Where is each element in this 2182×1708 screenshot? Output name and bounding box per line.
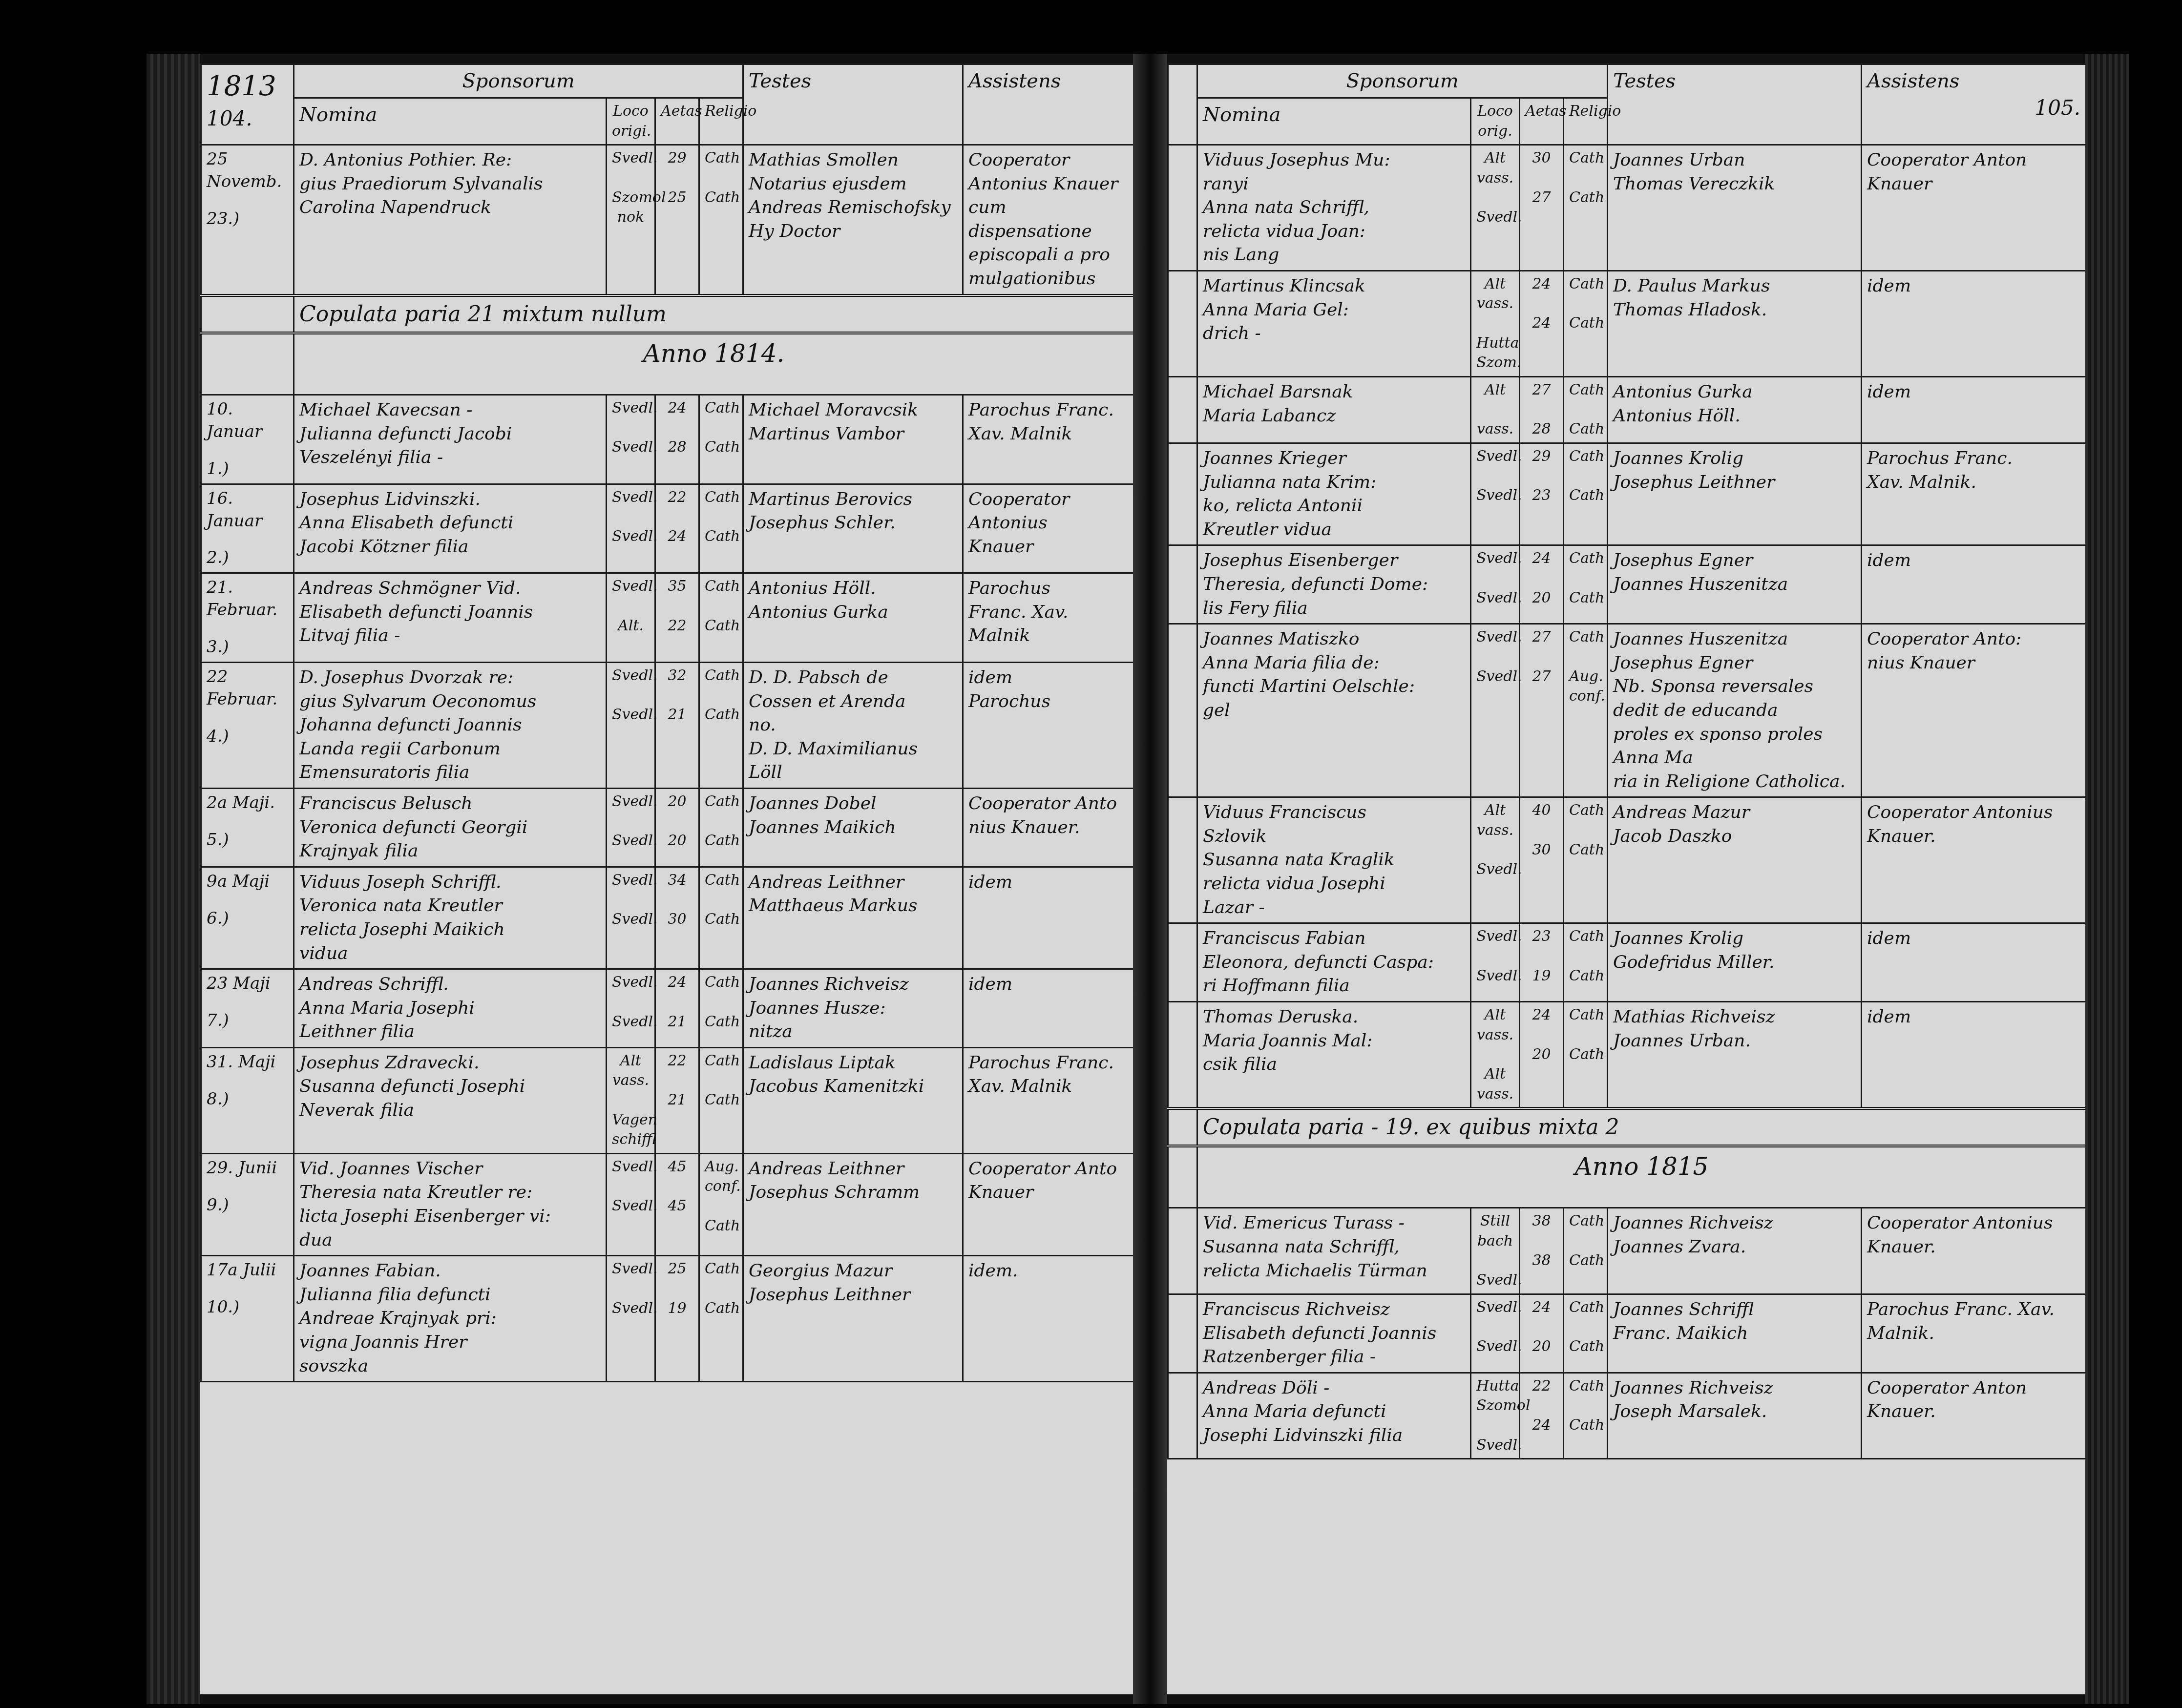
names-line: Emensuratoris filia bbox=[299, 761, 601, 785]
aetas-line: 24 bbox=[661, 973, 693, 993]
year-heading-row: Anno 1814. bbox=[201, 333, 1134, 395]
aetas-line: 22 bbox=[661, 616, 693, 636]
right-entries: Viduus Josephus Mu:ranyiAnna nata Schrif… bbox=[1168, 145, 2086, 1459]
aetas-cell: 2319 bbox=[1520, 923, 1564, 1002]
names-line: D. Antonius Pothier. Re: bbox=[299, 148, 601, 172]
register-entry-row: Andreas Döli -Anna Maria defunctiJosephi… bbox=[1168, 1373, 2086, 1459]
loco-line: Alt vass. bbox=[1476, 801, 1514, 840]
names-cell: Josephus Zdravecki.Susanna defuncti Jose… bbox=[294, 1047, 607, 1153]
testes-line: Michael Moravcsik bbox=[749, 398, 957, 422]
entry-number: 23.) bbox=[207, 208, 288, 230]
loco-cell: Alt vass.Svedl. bbox=[1471, 145, 1520, 271]
assistens-line: idem. bbox=[968, 1259, 1128, 1283]
assistens-line: idem bbox=[1867, 549, 2080, 573]
testes-line: Joannes Huszenitza bbox=[1613, 573, 1856, 597]
aetas-line: 20 bbox=[1525, 1045, 1558, 1065]
assistens-line: Xav. Malnik bbox=[968, 422, 1128, 446]
testes-header: Testes bbox=[1608, 64, 1862, 145]
aetas-line: 24 bbox=[1525, 1416, 1558, 1436]
names-line: Ratzenberger filia - bbox=[1203, 1345, 1465, 1369]
loco-line: Svedl. bbox=[1476, 1337, 1514, 1357]
loco-cell: Svedl.Svedl. bbox=[607, 969, 655, 1048]
loco-line: Svedl. bbox=[612, 1299, 650, 1319]
testes-line: Antonius Gurka bbox=[1613, 380, 1856, 404]
testes-line: Georgius Mazur bbox=[749, 1259, 957, 1283]
aetas-line: 20 bbox=[661, 792, 693, 812]
entry-date: 16. Januar bbox=[207, 488, 288, 533]
aetas-line: 30 bbox=[661, 910, 693, 930]
testes-line: D. D. Pabsch de bbox=[749, 666, 957, 690]
assistens-cell: Cooperator AntoKnauer bbox=[963, 1153, 1134, 1255]
aetas-line: 24 bbox=[661, 398, 693, 418]
assistens-line: idem bbox=[968, 973, 1128, 997]
testes-line: Joannes Richveisz bbox=[1613, 1376, 1856, 1400]
assistens-line: idem bbox=[1867, 274, 2080, 298]
date-cell bbox=[1168, 1294, 1197, 1373]
date-cell bbox=[1168, 923, 1197, 1002]
register-entry-row: 10. Januar1.)Michael Kavecsan -Julianna … bbox=[201, 395, 1134, 484]
date-cell: 29. Junii9.) bbox=[201, 1153, 294, 1255]
register-entry-row: 25 Novemb.23.)D. Antonius Pothier. Re:gi… bbox=[201, 145, 1134, 295]
loco-line: Svedl. bbox=[612, 792, 650, 812]
religio-cell: CathCath bbox=[1564, 797, 1608, 923]
testes-line: Josephus Schler. bbox=[749, 511, 957, 535]
names-line: gius Sylvarum Oeconomus bbox=[299, 690, 601, 714]
testes-cell: Joannes RichveiszJoannes Husze:nitza bbox=[743, 969, 963, 1048]
aetas-line: 25 bbox=[661, 1259, 693, 1279]
names-line: Anna Maria defuncti bbox=[1203, 1400, 1465, 1424]
right-register-table: Sponsorum Testes Assistens 105. Nomina L… bbox=[1167, 63, 2085, 1459]
aetas-line: 24 bbox=[1525, 1298, 1558, 1318]
assistens-cell: idem bbox=[963, 969, 1134, 1048]
names-line: Maria Labancz bbox=[1203, 404, 1465, 428]
names-line: Litvaj filia - bbox=[299, 624, 601, 648]
religio-line: Cath bbox=[1569, 1211, 1602, 1231]
assistens-line: Knauer. bbox=[1867, 1235, 2080, 1259]
religio-cell: CathCath bbox=[1564, 145, 1608, 271]
names-cell: Andreas Schmögner Vid.Elisabeth defuncti… bbox=[294, 573, 607, 663]
date-cell bbox=[1168, 271, 1197, 376]
names-line: Andreas Schriffl. bbox=[299, 973, 601, 997]
names-line: gius Praediorum Sylvanalis bbox=[299, 172, 601, 196]
religio-line: Cath bbox=[705, 437, 737, 458]
names-line: relicta Michaelis Türman bbox=[1203, 1259, 1465, 1283]
testes-line: Joannes Krolig bbox=[1613, 447, 1856, 471]
assistens-line: Antonius bbox=[968, 511, 1128, 535]
aetas-line: 20 bbox=[661, 831, 693, 851]
testes-line: Thomas Hladosk. bbox=[1613, 298, 1856, 322]
religio-line: Cath bbox=[1569, 380, 1602, 400]
testes-line: Joannes Huszenitza bbox=[1613, 627, 1856, 651]
aetas-line: 20 bbox=[1525, 1337, 1558, 1357]
register-entry-row: Josephus EisenbergerTheresia, defuncti D… bbox=[1168, 545, 2086, 624]
loco-line: Svedl. bbox=[612, 148, 650, 168]
loco-line: Svedl. bbox=[612, 666, 650, 686]
date-cell bbox=[1168, 443, 1197, 545]
aetas-line: 22 bbox=[661, 1051, 693, 1071]
loco-line: Svedl. bbox=[1476, 1271, 1514, 1291]
left-register-table: 1813 104. Sponsorum Testes Assistens Nom… bbox=[200, 63, 1134, 1382]
names-line: Anna nata Schriffl, bbox=[1203, 196, 1465, 220]
loco-line: Svedl. bbox=[1476, 1298, 1514, 1318]
names-line: Theresia nata Kreutler re: bbox=[299, 1181, 601, 1205]
names-line: Michael Kavecsan - bbox=[299, 398, 601, 422]
testes-line: no. bbox=[749, 713, 957, 737]
names-line: Franciscus Richveisz bbox=[1203, 1298, 1465, 1322]
register-entry-row: 2a Maji.5.)Franciscus BeluschVeronica de… bbox=[201, 788, 1134, 867]
aetas-line: 24 bbox=[1525, 274, 1558, 294]
book-binding-edge bbox=[147, 54, 200, 1704]
aetas-line: 27 bbox=[1525, 380, 1558, 400]
nomina-header: Nomina bbox=[1197, 98, 1471, 145]
sponsorum-header: Sponsorum bbox=[1197, 64, 1608, 98]
loco-cell: Svedl.Svedl. bbox=[607, 395, 655, 484]
religio-line: Cath bbox=[705, 616, 737, 636]
names-cell: Michael BarsnakMaria Labancz bbox=[1197, 376, 1471, 443]
aetas-line: 40 bbox=[1525, 801, 1558, 821]
register-entry-row: Thomas Deruska.Maria Joannis Mal:csik fi… bbox=[1168, 1002, 2086, 1109]
names-line: Neverak filia bbox=[299, 1099, 601, 1123]
aetas-cell: 4545 bbox=[655, 1153, 699, 1255]
year-heading: Anno 1815 bbox=[1197, 1146, 2086, 1208]
assistens-line: Knauer bbox=[968, 535, 1128, 559]
date-cell: 2a Maji.5.) bbox=[201, 788, 294, 867]
religio-cell: CathCath bbox=[1564, 1294, 1608, 1373]
testes-line: Andreas Leithner bbox=[749, 871, 957, 895]
loco-line: Svedl. bbox=[1476, 447, 1514, 467]
aetas-line: 35 bbox=[661, 577, 693, 597]
testes-line: Nb. Sponsa reversales dedit de educanda bbox=[1613, 675, 1856, 722]
names-line: Krajnyak filia bbox=[299, 839, 601, 863]
loco-line: Svedl. bbox=[612, 398, 650, 418]
left-page: 1813 104. Sponsorum Testes Assistens Nom… bbox=[200, 63, 1136, 1694]
names-line: Veszelényi filia - bbox=[299, 446, 601, 470]
entry-date: 2a Maji. bbox=[207, 792, 288, 814]
names-line: Carolina Napendruck bbox=[299, 196, 601, 220]
assistens-line: idem bbox=[1867, 380, 2080, 404]
aetas-line: 21 bbox=[661, 1012, 693, 1032]
testes-line: Martinus Vambor bbox=[749, 422, 957, 446]
religio-line: Cath bbox=[1569, 1251, 1602, 1271]
aetas-line: 22 bbox=[661, 488, 693, 508]
assistens-line: Cooperator Anton bbox=[1867, 1376, 2080, 1400]
testes-cell: Antonius Höll.Antonius Gurka bbox=[743, 573, 963, 663]
testes-cell: Joannes HuszenitzaJosephus EgnerNb. Spon… bbox=[1608, 624, 1862, 797]
entry-date: 22 Februar. bbox=[207, 666, 288, 711]
aetas-line: 19 bbox=[661, 1299, 693, 1319]
aetas-line: 27 bbox=[1525, 627, 1558, 647]
religio-cell: CathCath bbox=[699, 145, 743, 295]
summary-row: Copulata paria - 19. ex quibus mixta 2 bbox=[1168, 1108, 2086, 1146]
aetas-line: 29 bbox=[661, 148, 693, 168]
loco-line: Svedl. bbox=[612, 527, 650, 547]
names-line: Julianna filia defuncti bbox=[299, 1283, 601, 1307]
entry-number: 2.) bbox=[207, 547, 288, 569]
date-cell bbox=[1168, 1208, 1197, 1294]
testes-line: Jacobus Kamenitzki bbox=[749, 1075, 957, 1099]
loco-cell: Svedl.Svedl. bbox=[1471, 624, 1520, 797]
names-line: Josephus Zdravecki. bbox=[299, 1051, 601, 1075]
assistens-line: Knauer bbox=[968, 1181, 1128, 1205]
testes-cell: Ladislaus LiptakJacobus Kamenitzki bbox=[743, 1047, 963, 1153]
aetas-cell: 2420 bbox=[1520, 1294, 1564, 1373]
date-cell: 9a Maji6.) bbox=[201, 867, 294, 969]
testes-line: Andreas Leithner bbox=[749, 1157, 957, 1181]
aetas-cell: 4030 bbox=[1520, 797, 1564, 923]
entry-date: 25 Novemb. bbox=[207, 148, 288, 193]
loco-line: Svedl. bbox=[612, 1259, 650, 1279]
assistens-line: Cooperator Antonius bbox=[1867, 801, 2080, 825]
names-line: Anna Maria Josephi bbox=[299, 997, 601, 1021]
assistens-cell: Cooperator AntonKnauer. bbox=[1862, 1373, 2085, 1459]
testes-line: D. Paulus Markus bbox=[1613, 274, 1856, 298]
religio-line: Cath bbox=[1569, 1376, 1602, 1396]
date-cell: 16. Januar2.) bbox=[201, 484, 294, 573]
aetas-cell: 3027 bbox=[1520, 145, 1564, 271]
names-line: Eleonora, defuncti Caspa: bbox=[1203, 951, 1465, 975]
aetas-line: 34 bbox=[661, 871, 693, 891]
testes-line: Andreas Remischofsky bbox=[749, 196, 957, 220]
entry-number: 8.) bbox=[207, 1088, 288, 1111]
testes-line: Josephus Leithner bbox=[749, 1283, 957, 1307]
aetas-line: 19 bbox=[1525, 966, 1558, 986]
religio-cell: CathCath bbox=[699, 969, 743, 1048]
names-line: ko, relicta Antonii bbox=[1203, 494, 1465, 518]
assistens-line: cum dispensatione bbox=[968, 196, 1128, 243]
aetas-cell: 2421 bbox=[655, 969, 699, 1048]
date-cell: 17a Julii10.) bbox=[201, 1256, 294, 1382]
religio-line: Cath bbox=[1569, 188, 1602, 208]
loco-header: Loco orig. bbox=[1471, 98, 1520, 145]
testes-header: Testes bbox=[743, 64, 963, 145]
loco-cell: Svedl.Svedl. bbox=[607, 484, 655, 573]
names-cell: Josephus Lidvinszki.Anna Elisabeth defun… bbox=[294, 484, 607, 573]
aetas-line: 22 bbox=[1525, 1376, 1558, 1396]
assistens-line: Cooperator bbox=[968, 488, 1128, 512]
loco-line: Alt vass. bbox=[612, 1051, 650, 1091]
names-cell: Andreas Schriffl.Anna Maria JosephiLeith… bbox=[294, 969, 607, 1048]
loco-cell: Svedl.Svedl. bbox=[607, 788, 655, 867]
religio-cell: CathCath bbox=[1564, 923, 1608, 1002]
testes-line: proles ex sponso proles Anna Ma bbox=[1613, 723, 1856, 770]
assistens-line: idem bbox=[968, 871, 1128, 895]
year-page-cell: 1813 104. bbox=[201, 64, 294, 145]
aetas-line: 45 bbox=[661, 1196, 693, 1216]
margin-cell bbox=[1168, 64, 1197, 145]
loco-cell: Alt vass.Svedl. bbox=[1471, 797, 1520, 923]
assistens-cell: Parochus Franc.Xav. Malnik bbox=[963, 1047, 1134, 1153]
testes-line: Josephus Schramm bbox=[749, 1181, 957, 1205]
religio-cell: CathCath bbox=[699, 662, 743, 788]
religio-line: Cath bbox=[705, 705, 737, 725]
entry-date: 23 Maji bbox=[207, 973, 288, 995]
testes-cell: Andreas LeithnerMatthaeus Markus bbox=[743, 867, 963, 969]
assistens-line: Cooperator bbox=[968, 148, 1128, 172]
religio-line: Cath bbox=[705, 1051, 737, 1071]
names-line: vidua bbox=[299, 942, 601, 966]
names-line: nis Lang bbox=[1203, 243, 1465, 267]
loco-cell: Svedl.Svedl. bbox=[1471, 443, 1520, 545]
testes-line: Antonius Höll. bbox=[1613, 404, 1856, 428]
religio-line: Aug. conf. bbox=[705, 1157, 737, 1197]
loco-line: Alt vass. bbox=[1476, 274, 1514, 314]
names-line: Landa regii Carbonum bbox=[299, 737, 601, 761]
aetas-cell: 2428 bbox=[655, 395, 699, 484]
names-line: Josephus Lidvinszki. bbox=[299, 488, 601, 512]
testes-cell: Mathias SmollenNotarius ejusdemAndreas R… bbox=[743, 145, 963, 295]
religio-line: Cath bbox=[705, 1012, 737, 1032]
aetas-line: 23 bbox=[1525, 927, 1558, 947]
names-cell: Viduus Josephus Mu:ranyiAnna nata Schrif… bbox=[1197, 145, 1471, 271]
religio-line: Cath bbox=[1569, 313, 1602, 333]
register-entry-row: 9a Maji6.)Viduus Joseph Schriffl.Veronic… bbox=[201, 867, 1134, 969]
names-line: Joannes Matiszko bbox=[1203, 627, 1465, 651]
religio-line: Cath bbox=[1569, 419, 1602, 439]
testes-cell: Martinus BerovicsJosephus Schler. bbox=[743, 484, 963, 573]
aetas-cell: 2420 bbox=[1520, 545, 1564, 624]
testes-line: D. D. Maximilianus bbox=[749, 737, 957, 761]
assistens-line: idem bbox=[968, 666, 1128, 690]
assistens-cell: ParochusFranc. Xav.Malnik bbox=[963, 573, 1134, 663]
names-cell: Viduus Joseph Schriffl.Veronica nata Kre… bbox=[294, 867, 607, 969]
assistens-cell: Cooperator AntonKnauer bbox=[1862, 145, 2085, 271]
names-line: Anna Maria filia de: bbox=[1203, 651, 1465, 675]
names-line: Veronica nata Kreutler bbox=[299, 894, 601, 918]
assistens-cell: CooperatorAntoniusKnauer bbox=[963, 484, 1134, 573]
assistens-cell: idem bbox=[1862, 376, 2085, 443]
assistens-line: idem bbox=[1867, 1005, 2080, 1029]
aetas-line: 38 bbox=[1525, 1211, 1558, 1231]
loco-line: Svedl. bbox=[612, 910, 650, 930]
names-cell: D. Josephus Dvorzak re:gius Sylvarum Oec… bbox=[294, 662, 607, 788]
testes-line: Thomas Vereczkik bbox=[1613, 172, 1856, 196]
names-line: Michael Barsnak bbox=[1203, 380, 1465, 404]
loco-line: Svedl. bbox=[1476, 1436, 1514, 1456]
date-cell: 10. Januar1.) bbox=[201, 395, 294, 484]
right-page: Sponsorum Testes Assistens 105. Nomina L… bbox=[1167, 63, 2085, 1694]
names-line: Lazar - bbox=[1203, 896, 1465, 920]
testes-line: Notarius ejusdem bbox=[749, 172, 957, 196]
assistens-cell: Cooperator Antonius Knauer. bbox=[963, 788, 1134, 867]
loco-line: Svedl. bbox=[612, 973, 650, 993]
year-heading-row: Anno 1815 bbox=[1168, 1146, 2086, 1208]
religio-line: Cath bbox=[1569, 966, 1602, 986]
testes-cell: Andreas LeithnerJosephus Schramm bbox=[743, 1153, 963, 1255]
register-entry-row: 29. Junii9.)Vid. Joannes VischerTheresia… bbox=[201, 1153, 1134, 1255]
aetas-cell: 3430 bbox=[655, 867, 699, 969]
aetas-cell: 2925 bbox=[655, 145, 699, 295]
assistens-cell: Cooperator AntoniusKnauer. bbox=[1862, 1208, 2085, 1294]
testes-line: Joannes Urban. bbox=[1613, 1029, 1856, 1053]
names-line: Andreas Schmögner Vid. bbox=[299, 577, 601, 601]
loco-cell: Still bachSvedl. bbox=[1471, 1208, 1520, 1294]
loco-line: Svedl. bbox=[612, 705, 650, 725]
assistens-line: Parochus Franc. bbox=[1867, 447, 2080, 471]
names-line: Andreas Döli - bbox=[1203, 1376, 1465, 1400]
religio-line: Cath bbox=[705, 792, 737, 812]
religio-line: Cath bbox=[705, 398, 737, 418]
names-cell: Josephus EisenbergerTheresia, defuncti D… bbox=[1197, 545, 1471, 624]
names-line: csik filia bbox=[1203, 1053, 1465, 1077]
testes-cell: D. D. Pabsch deCossen et Arendano.D. D. … bbox=[743, 662, 963, 788]
date-cell bbox=[1168, 1002, 1197, 1109]
loco-line: Svedl. bbox=[1476, 966, 1514, 986]
aetas-line: 23 bbox=[1525, 486, 1558, 506]
entry-number: 10.) bbox=[207, 1296, 288, 1319]
religio-cell: CathCath bbox=[699, 867, 743, 969]
names-line: Susanna nata Kraglik bbox=[1203, 848, 1465, 872]
testes-line: ria in Religione Catholica. bbox=[1613, 770, 1856, 794]
date-cell: 25 Novemb.23.) bbox=[201, 145, 294, 295]
date-cell: 31. Maji8.) bbox=[201, 1047, 294, 1153]
testes-cell: Andreas MazurJacob Daszko bbox=[1608, 797, 1862, 923]
assistens-line: Cooperator Anto: bbox=[1867, 627, 2080, 651]
register-entry-row: 17a Julii10.)Joannes Fabian.Julianna fil… bbox=[201, 1256, 1134, 1382]
loco-line: Svedl. bbox=[1476, 627, 1514, 647]
date-cell: 21. Februar.3.) bbox=[201, 573, 294, 663]
names-line: Josephus Eisenberger bbox=[1203, 549, 1465, 573]
assistens-line: Malnik bbox=[968, 624, 1128, 648]
names-line: Szlovik bbox=[1203, 825, 1465, 849]
aetas-line: 30 bbox=[1525, 148, 1558, 168]
aetas-line: 30 bbox=[1525, 840, 1558, 860]
names-line: Anna Maria Gel: bbox=[1203, 298, 1465, 322]
aetas-cell: 3522 bbox=[655, 573, 699, 663]
religio-cell: CathCath bbox=[699, 1256, 743, 1382]
entry-number: 3.) bbox=[207, 636, 288, 659]
entry-number: 7.) bbox=[207, 1010, 288, 1032]
names-line: Kreutler vidua bbox=[1203, 518, 1465, 542]
names-line: lis Fery filia bbox=[1203, 597, 1465, 621]
names-line: Joannes Fabian. bbox=[299, 1259, 601, 1283]
testes-line: Joannes Krolig bbox=[1613, 927, 1856, 951]
religio-line: Cath bbox=[1569, 801, 1602, 821]
religio-line: Cath bbox=[705, 1216, 737, 1236]
loco-cell: Svedl.Alt. bbox=[607, 573, 655, 663]
aetas-cell: 2424 bbox=[1520, 271, 1564, 376]
date-cell: 22 Februar.4.) bbox=[201, 662, 294, 788]
entry-number: 6.) bbox=[207, 908, 288, 930]
aetas-line: 27 bbox=[1525, 667, 1558, 687]
margin-cell bbox=[201, 295, 294, 333]
margin-cell bbox=[201, 333, 294, 395]
testes-cell: Joannes SchrifflFranc. Maikich bbox=[1608, 1294, 1862, 1373]
religio-line: Cath bbox=[705, 1299, 737, 1319]
testes-line: Antonius Gurka bbox=[749, 601, 957, 625]
religio-line: Cath bbox=[1569, 1045, 1602, 1065]
assistens-line: nius Knauer bbox=[1867, 651, 2080, 675]
religio-cell: CathCath bbox=[699, 484, 743, 573]
date-cell bbox=[1168, 1373, 1197, 1459]
assistens-line: episcopali a pro bbox=[968, 243, 1128, 267]
religio-line: Cath bbox=[1569, 447, 1602, 467]
names-line: Josephi Lidvinszki filia bbox=[1203, 1424, 1465, 1448]
testes-line: Mathias Richveisz bbox=[1613, 1005, 1856, 1029]
assistens-line: Parochus Franc. bbox=[968, 398, 1128, 422]
testes-line: Jacob Daszko bbox=[1613, 825, 1856, 849]
religio-line: Cath bbox=[705, 577, 737, 597]
names-cell: Thomas Deruska.Maria Joannis Mal:csik fi… bbox=[1197, 1002, 1471, 1109]
religio-line: Cath bbox=[1569, 549, 1602, 569]
register-entry-row: 16. Januar2.)Josephus Lidvinszki.Anna El… bbox=[201, 484, 1134, 573]
loco-line: Svedl. bbox=[612, 831, 650, 851]
date-cell bbox=[1168, 145, 1197, 271]
names-line: Theresia, defuncti Dome: bbox=[1203, 573, 1465, 597]
assistens-line: Cooperator Anto bbox=[968, 1157, 1128, 1181]
names-line: Vid. Emericus Turass - bbox=[1203, 1211, 1465, 1235]
register-book: 1813 104. Sponsorum Testes Assistens Nom… bbox=[147, 54, 2129, 1704]
religio-cell: CathCath bbox=[699, 573, 743, 663]
